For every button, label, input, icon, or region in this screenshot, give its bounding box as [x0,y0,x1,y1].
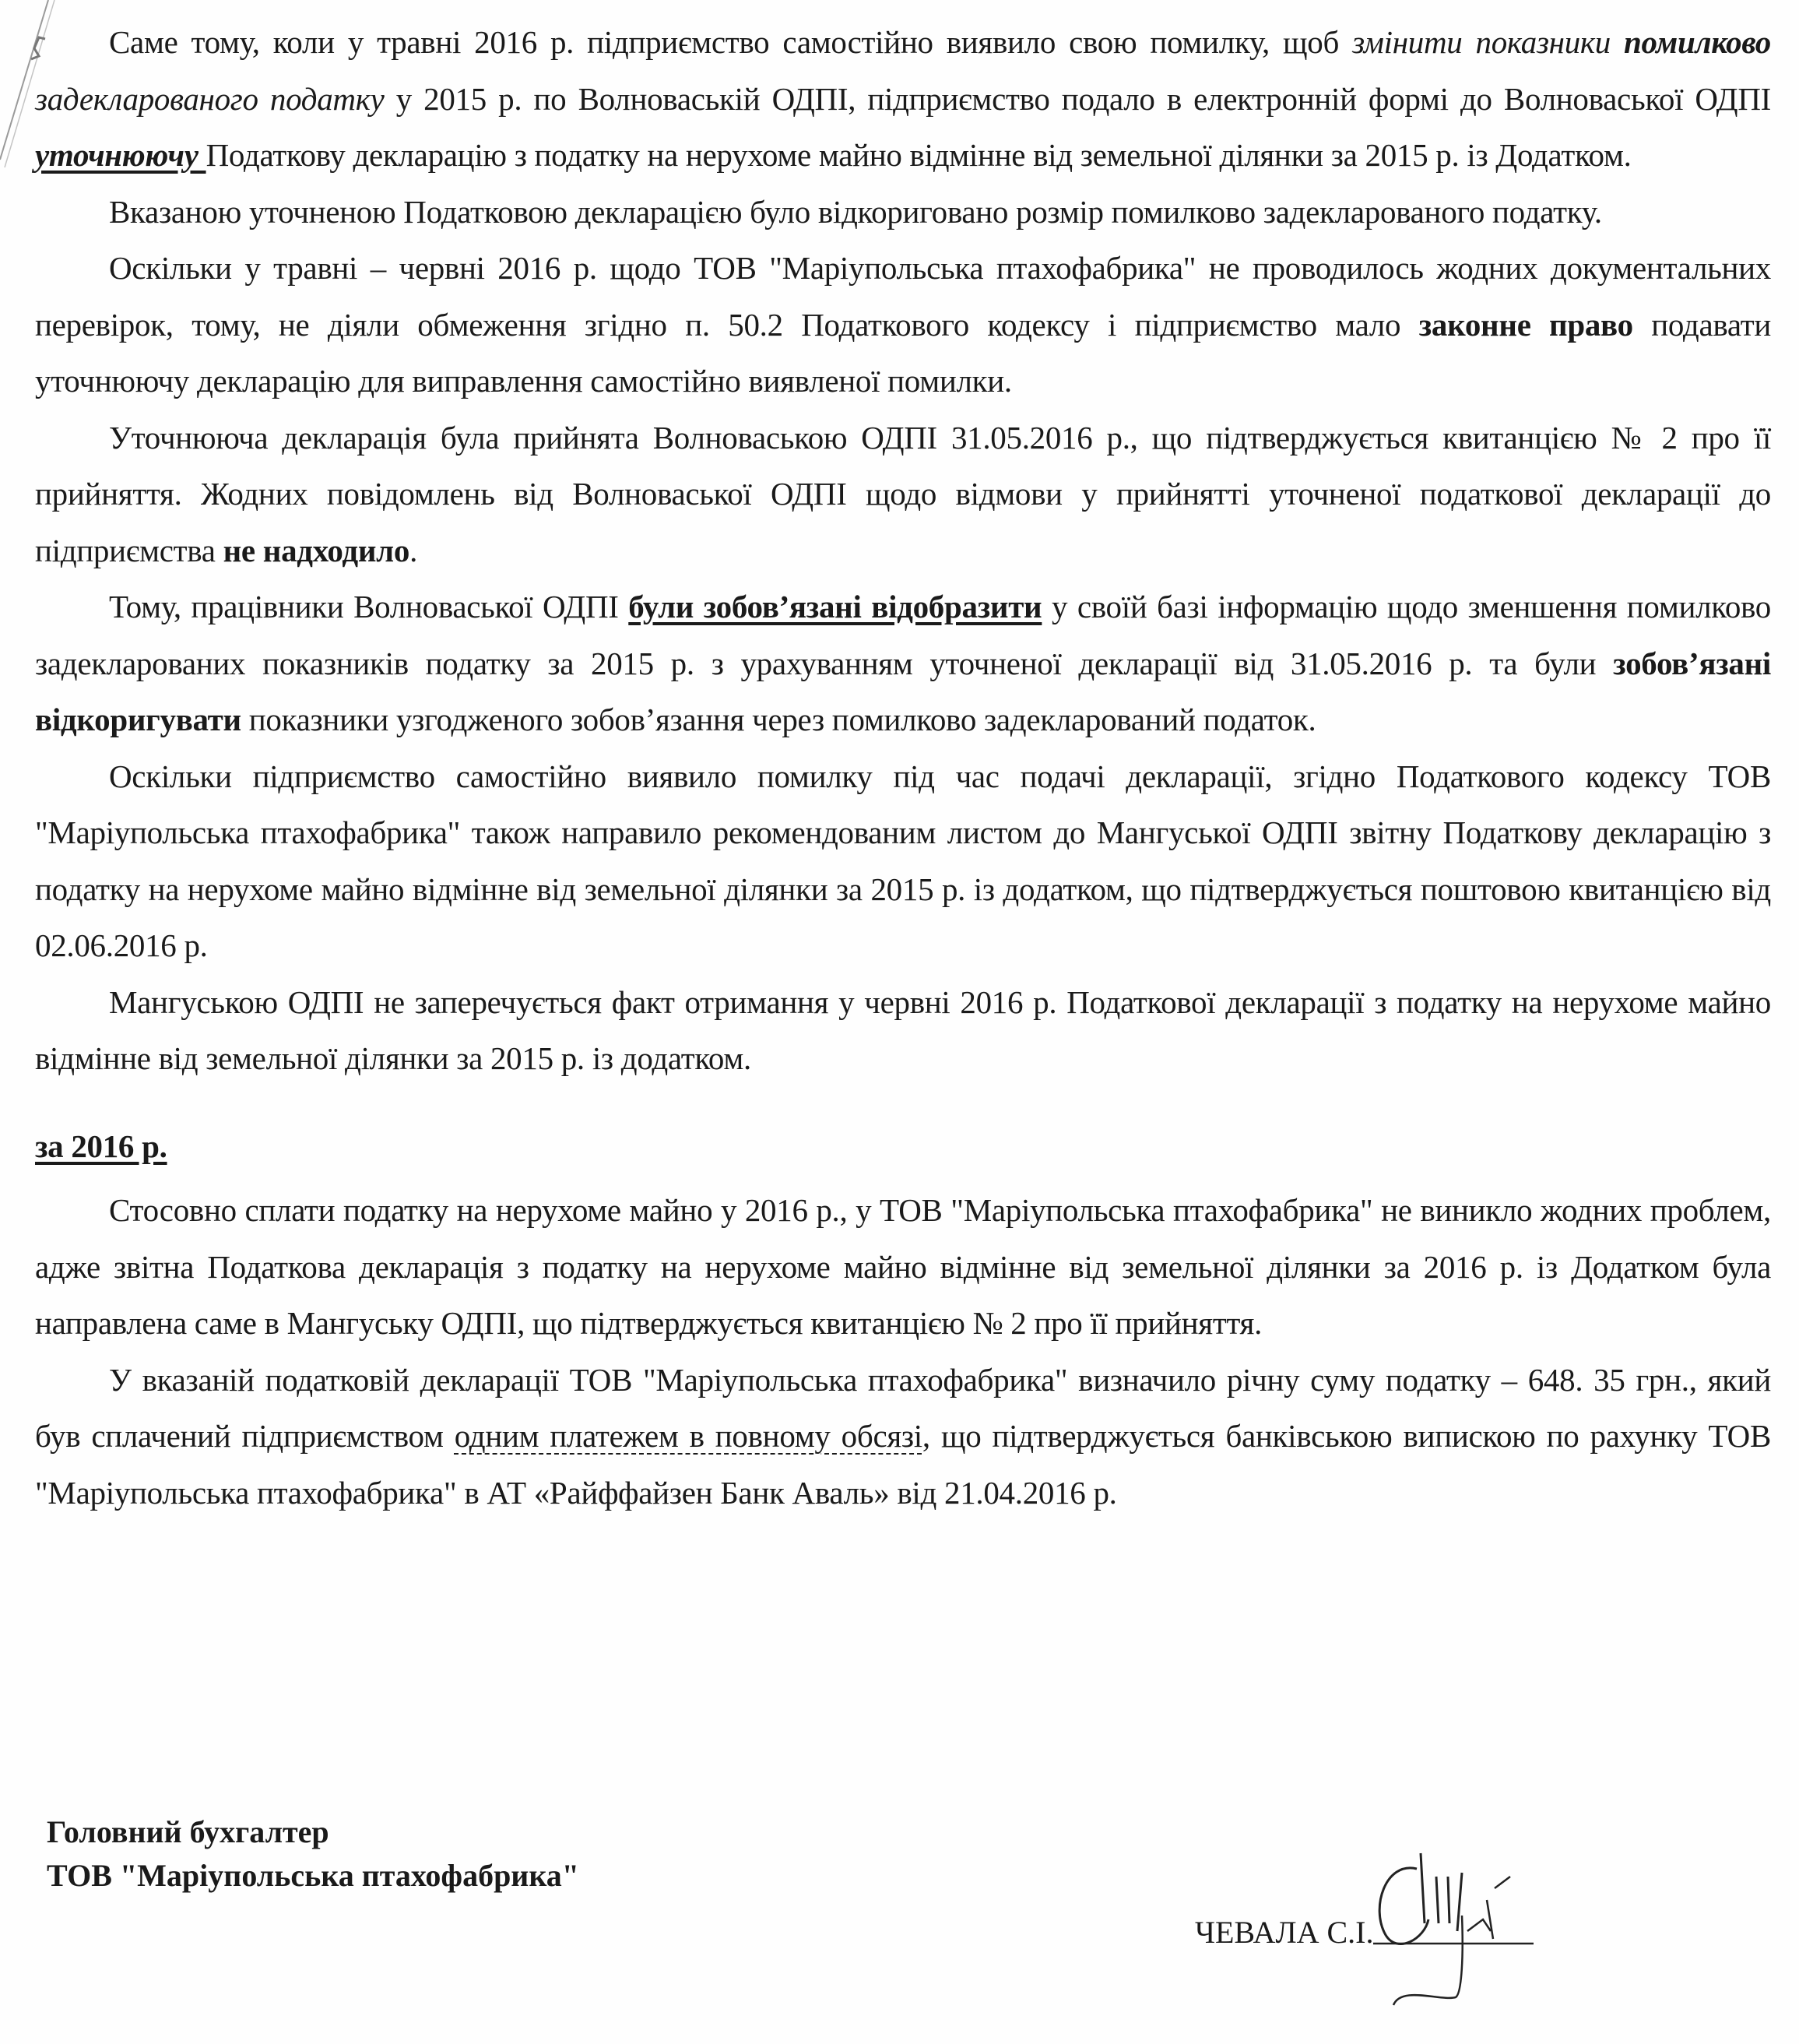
section-heading: за 2016 р. [35,1118,1771,1175]
paragraph: Тому, працівники Волноваської ОДПІ були … [35,579,1771,748]
text-run: одним платежем в повному обсязі [455,1418,922,1454]
text-run: Податкову декларацію з податку на нерухо… [206,137,1632,173]
signature-block: Головний бухгалтер ТОВ "Маріупольська пт… [47,1810,579,1898]
letter-body: Саме тому, коли у травні 2016 р. підприє… [35,14,1771,1521]
paragraph: Оскільки у травні – червні 2016 р. щодо … [35,240,1771,410]
paragraph: Мангуською ОДПІ не заперечується факт от… [35,974,1771,1087]
text-run: задекларованого податку [35,81,384,117]
position-title: Головний бухгалтер [47,1810,579,1854]
paragraph: Саме тому, коли у травні 2016 р. підприє… [35,14,1771,184]
text-run: Тому, працівники Волноваської ОДПІ [109,589,628,624]
paragraph: Стосовно сплати податку на нерухоме майн… [35,1182,1771,1352]
text-run: уточнюючу [35,137,206,173]
text-run: у 2015 р. по Волноваській ОДПІ, підприєм… [384,81,1771,117]
text-run: були зобов’язані відобразити [628,589,1042,624]
text-run: не надходило [223,533,409,568]
text-run: законне право [1419,307,1633,343]
text-run: Саме тому, коли у травні 2016 р. підприє… [109,24,1352,60]
paragraph: Уточнююча декларація була прийнята Волно… [35,410,1771,579]
signer-name: ЧЕВАЛА С.І. [1195,1914,1374,1951]
text-run: за 2016 р. [35,1128,167,1164]
scanned-document-page: Саме тому, коли у травні 2016 р. підприє… [0,0,1799,2044]
text-run: змінити показники [1352,24,1624,60]
paragraph: Оскільки підприємство самостійно виявило… [35,748,1771,974]
text-run: . [409,533,417,568]
text-run: помилково [1624,24,1771,60]
paragraph: Вказаною уточненою Податковою деклараціє… [35,184,1771,241]
text-run: показники узгодженого зобов’язання через… [241,702,1316,737]
paragraph: У вказаній податковій декларації ТОВ "Ма… [35,1352,1771,1522]
text-run: Стосовно сплати податку на нерухоме майн… [35,1192,1771,1341]
text-run: Оскільки підприємство самостійно виявило… [35,758,1771,964]
handwritten-signature-icon [1370,1845,1557,2025]
text-run: Мангуською ОДПІ не заперечується факт от… [35,984,1771,1077]
text-run: Вказаною уточненою Податковою деклараціє… [109,194,1602,230]
company-name: ТОВ "Маріупольська птахофабрика" [47,1854,579,1898]
